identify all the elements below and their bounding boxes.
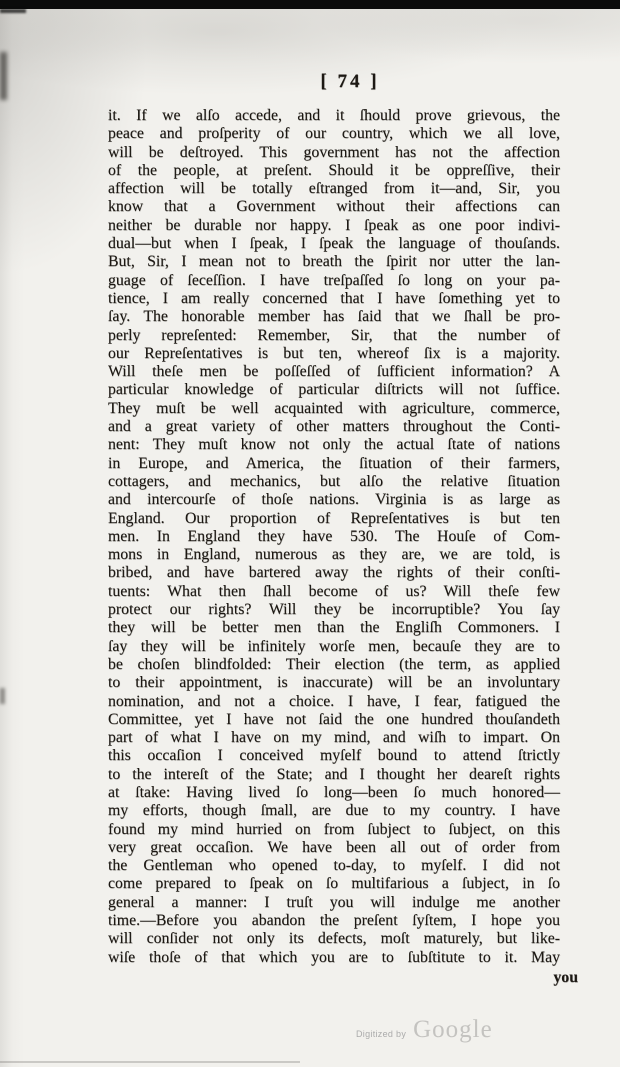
text-line: time.—Before you abandon the preſent ſyſ… [108,912,560,930]
text-line: nomination, and not a choice. I have, I … [108,693,560,711]
text-line: neither be durable nor happy. I ſpeak as… [108,217,560,235]
text-line: and a great variety of other matters thr… [108,418,560,436]
text-line: at ſtake: Having lived ſo long—been ſo m… [108,784,560,802]
text-line: guage of ſeceſſion. I have treſpaſſed ſo… [108,272,560,290]
text-line: protect our rights? Will they be incorru… [108,601,560,619]
text-line: this occaſion I conceived myſelf bound t… [108,747,560,765]
text-line: But, Sir, I mean not to breath the ſpiri… [108,253,560,271]
text-line: mons in England, numerous as they are, w… [108,546,560,564]
text-line: to their appointment, is inaccurate) wil… [108,674,560,692]
catchword: you [108,969,578,987]
text-line: the Gentleman who opened to-day, to myſe… [108,857,560,875]
text-line: come prepared to ſpeak on ſo multifariou… [108,875,560,893]
text-line: found my mind hurried on from ſubject to… [108,821,560,839]
text-line: will conſider not only its defects, moſt… [108,930,560,948]
text-line: England. Our proportion of Repreſentativ… [108,510,560,528]
text-line: ſay they will be infinitely worſe men, b… [108,638,560,656]
text-line: very great occaſion. We have been all ou… [108,839,560,857]
text-line: perly repreſented: Remember, Sir, that t… [108,327,560,345]
scan-top-edge-nub [0,9,26,13]
text-line: my efforts, though ſmall, are due to my … [108,802,560,820]
text-line: peace and proſperity of our country, whi… [108,125,560,143]
text-line: particular knowledge of particular diſtr… [108,381,560,399]
left-edge-smudge [0,52,7,100]
text-line: cottagers, and mechanics, but alſo the r… [108,473,560,491]
text-line: bribed, and have bartered away the right… [108,564,560,582]
text-line: ſay. The honorable member has ſaid that … [108,308,560,326]
text-line: they will be better men than the Engliſh… [108,619,560,637]
text-line: know that a Government without their aff… [108,198,560,216]
text-line: our Repreſentatives is but ten, whereof … [108,345,560,363]
text-line: in Europe, and America, the ſituation of… [108,455,560,473]
text-line: Will theſe men be poſſeſſed of ſufficien… [108,363,560,381]
text-line: to the intereſt of the State; and I thou… [108,766,560,784]
text-line: tience, I am really concerned that I hav… [108,290,560,308]
bottom-edge-line [0,1061,300,1063]
text-line: Committee, yet I have not ſaid the one h… [108,711,560,729]
left-edge-smudge [0,688,5,704]
text-line: dual—but when I ſpeak, I ſpeak the langu… [108,235,560,253]
text-line: tuents: What then ſhall become of us? Wi… [108,583,560,601]
watermark: Digitized by Google [356,1016,493,1044]
text-line: and intercourſe of thoſe nations. Virgin… [108,491,560,509]
scan-top-edge [0,0,620,9]
text-line: nent: They muſt know not only the actual… [108,436,560,454]
body-text: it. If we alſo accede, and it ſhould pro… [108,107,560,967]
text-line: general a manner: I truſt you will indul… [108,894,560,912]
text-line: of the people, at preſent. Should it be … [108,162,560,180]
text-line: affection will be totally eſtranged from… [108,180,560,198]
page-number: [ 74 ] [306,71,394,93]
google-logo: Google [413,1016,493,1044]
text-line: men. In England they have 530. The Houſe… [108,528,560,546]
text-line: part of what I have on my mind, and wiſh… [108,729,560,747]
text-line: be choſen blindfolded: Their election (t… [108,656,560,674]
text-line: it. If we alſo accede, and it ſhould pro… [108,107,560,125]
digitized-by-label: Digitized by [356,1029,406,1039]
text-line: will be deſtroyed. This government has n… [108,144,560,162]
text-line: wiſe thoſe of that which you are to ſubſ… [108,949,560,967]
text-line: They muſt be well acquainted with agricu… [108,400,560,418]
